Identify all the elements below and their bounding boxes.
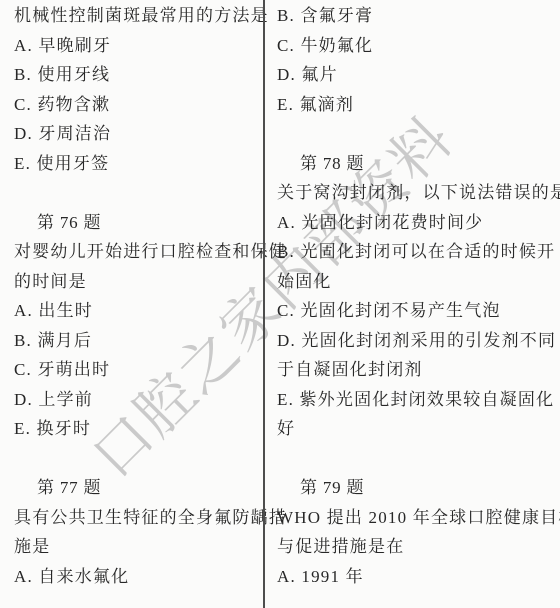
option-item: C. 药物含漱 — [14, 90, 260, 120]
option-item: C. 牙萌出时 — [14, 355, 260, 385]
question-text: 具有公共卫生特征的全身氟防龋措 — [14, 503, 260, 533]
question-text: 施是 — [14, 532, 260, 562]
question-text: 关于窝沟封闭剂，以下说法错误的是 — [277, 178, 558, 208]
option-item: E. 紫外光固化封闭效果较自凝固化 — [277, 385, 558, 415]
option-item: E. 使用牙签 — [14, 149, 260, 179]
question-text: WHO 提出 2010 年全球口腔健康目标 — [277, 503, 558, 533]
option-item: A. 光固化封闭花费时间少 — [277, 208, 558, 238]
option-item: D. 牙周洁治 — [14, 119, 260, 149]
question-number-heading: 第 77 题 — [14, 473, 260, 503]
blank-line — [14, 178, 260, 208]
question-text: 的时间是 — [14, 267, 260, 297]
blank-line — [277, 119, 558, 149]
option-item: B. 满月后 — [14, 326, 260, 356]
option-item: A. 1991 年 — [277, 562, 558, 592]
option-item: A. 自来水氟化 — [14, 562, 260, 592]
option-item-continuation: 始固化 — [277, 267, 558, 297]
option-item: C. 牛奶氟化 — [277, 31, 558, 61]
option-item-continuation: 于自凝固化封闭剂 — [277, 355, 558, 385]
option-item: A. 出生时 — [14, 296, 260, 326]
option-item: D. 上学前 — [14, 385, 260, 415]
option-item: B. 光固化封闭可以在合适的时候开 — [277, 237, 558, 267]
option-item: D. 氟片 — [277, 60, 558, 90]
option-item: B. 使用牙线 — [14, 60, 260, 90]
column-divider-line — [263, 0, 265, 608]
question-text: 与促进措施是在 — [277, 532, 558, 562]
option-item: D. 光固化封闭剂采用的引发剂不同 — [277, 326, 558, 356]
option-item: E. 氟滴剂 — [277, 90, 558, 120]
option-item: A. 早晚刷牙 — [14, 31, 260, 61]
option-item: C. 光固化封闭不易产生气泡 — [277, 296, 558, 326]
question-number-heading: 第 79 题 — [277, 473, 558, 503]
question-text: 机械性控制菌斑最常用的方法是 — [14, 1, 260, 31]
question-text: 对婴幼儿开始进行口腔检查和保健 — [14, 237, 260, 267]
option-item-continuation: 好 — [277, 414, 558, 444]
question-number-heading: 第 78 题 — [277, 149, 558, 179]
left-column: 机械性控制菌斑最常用的方法是 A. 早晚刷牙 B. 使用牙线 C. 药物含漱 D… — [14, 1, 260, 591]
option-item: E. 换牙时 — [14, 414, 260, 444]
option-item: B. 含氟牙膏 — [277, 1, 558, 31]
right-column: B. 含氟牙膏 C. 牛奶氟化 D. 氟片 E. 氟滴剂 第 78 题 关于窝沟… — [277, 1, 558, 591]
document-page: 口腔之家内部资料 机械性控制菌斑最常用的方法是 A. 早晚刷牙 B. 使用牙线 … — [0, 0, 560, 608]
blank-line — [14, 444, 260, 474]
blank-line — [277, 444, 558, 474]
question-number-heading: 第 76 题 — [14, 208, 260, 238]
